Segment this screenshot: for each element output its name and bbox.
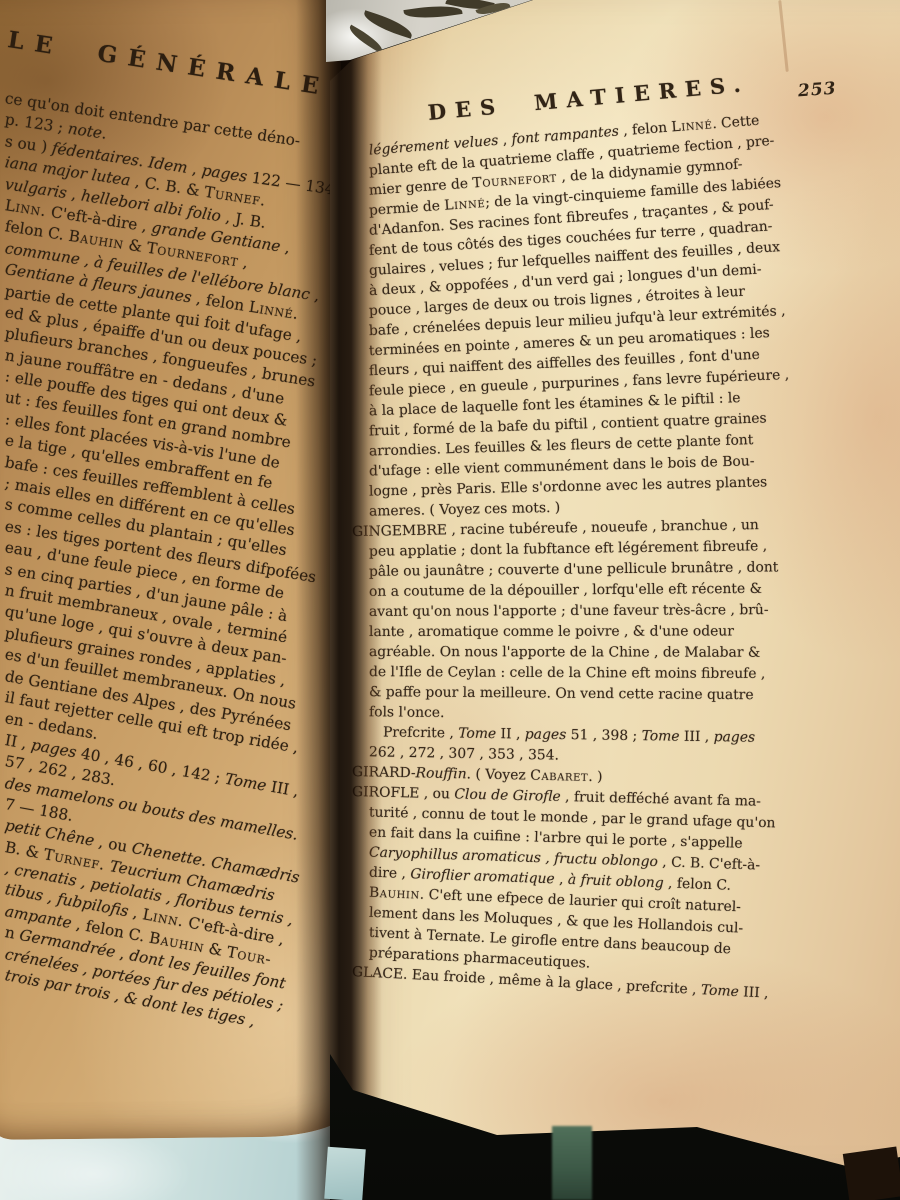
table-surface-sliver: [324, 1147, 366, 1200]
text-line: agréable. On nous l'apporte de la Chine …: [352, 642, 882, 663]
green-strip: [552, 1126, 592, 1200]
page-number: 253: [797, 79, 837, 102]
corner-shadow: [843, 1146, 900, 1200]
book-gutter-shadow: [296, 0, 382, 1200]
dried-leaf-icon: [346, 25, 386, 54]
book-photo: LE GÉNÉRALE ce qu'on doit entendre par c…: [0, 0, 900, 1200]
text-line: de l'Ifle de Ceylan : celle de la Chine …: [352, 662, 882, 685]
right-page-text: légérement velues , font rampantes , fel…: [352, 142, 882, 982]
text-line: on a coutume de la dépouiller , lorfqu'e…: [352, 578, 882, 602]
text-line: avant qu'on nous l'apporte ; d'une faveu…: [352, 600, 882, 622]
text-line: lante , aromatique comme le poivre , & d…: [352, 621, 882, 642]
